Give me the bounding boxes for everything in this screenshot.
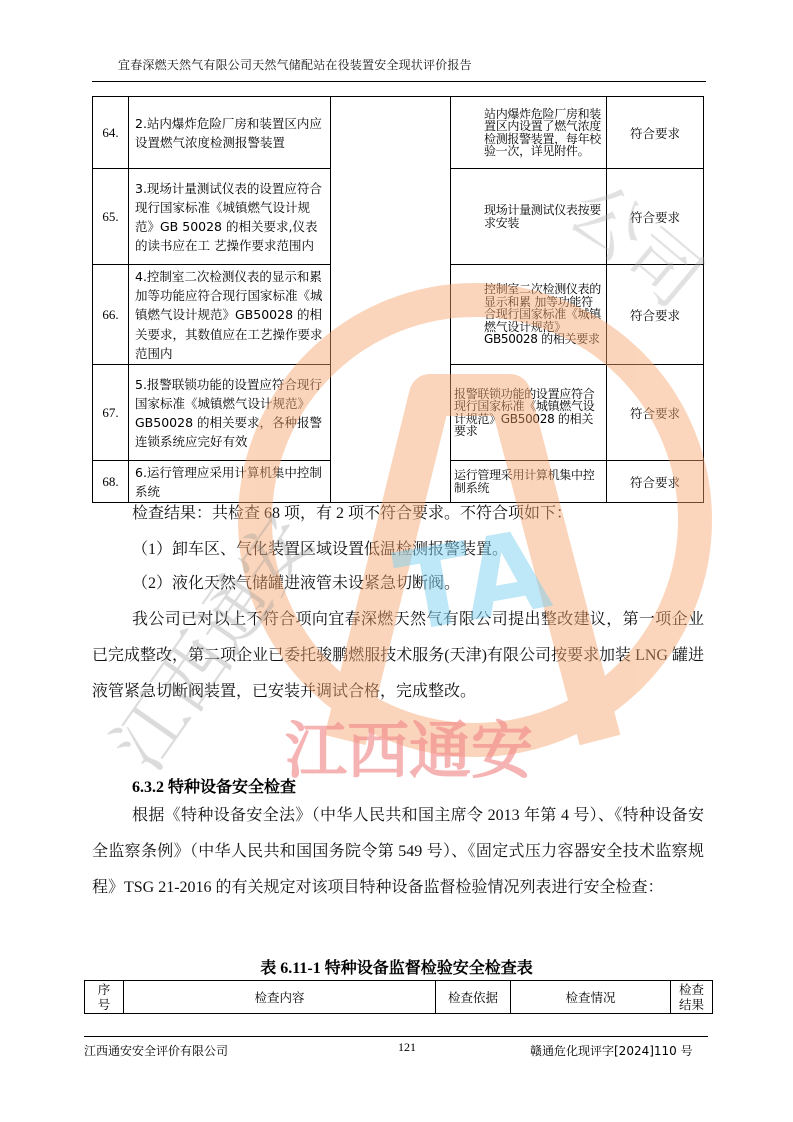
row-result: 符合要求 <box>607 265 704 365</box>
row-content: 3.现场计量测试仪表的设置应符合现行国家标准《城镇燃气设计规范》GB 50028… <box>129 169 331 265</box>
header-seq: 序号 <box>85 981 124 1014</box>
row-content: 4.控制室二次检测仪表的显示和累 加等功能应符合现行国家标准《城镇燃气设计规范》… <box>129 265 331 365</box>
row-content: 2.站内爆炸危险厂房和装置区内应设置燃气浓度检测报警装置 <box>129 97 331 169</box>
footer-divider <box>84 1036 708 1037</box>
document-header-title: 宜春深燃天然气有限公司天然气储配站在役装置安全现状评价报告 <box>118 56 472 73</box>
row-result: 符合要求 <box>607 169 704 265</box>
row-basis-merged <box>331 97 451 503</box>
nonconformity-item-2: （2）液化天然气储罐进液管未设紧急切断阀。 <box>132 566 704 602</box>
table-row: 64. 2.站内爆炸危险厂房和装置区内应设置燃气浓度检测报警装置 站内爆炸危险厂… <box>93 97 704 169</box>
header-result: 检查结果 <box>671 981 713 1014</box>
watermark-text: 江西通安 <box>285 714 533 787</box>
header-divider <box>92 81 706 82</box>
row-finding: 现场计量测试仪表按要求安装 <box>451 169 607 265</box>
nonconformity-item-1: （1）卸车区、气化装置区域设置低温检测报警装置。 <box>132 532 704 568</box>
table-header-row: 序号 检查内容 检查依据 检查情况 检查结果 <box>85 981 713 1014</box>
row-content: 5.报警联锁功能的设置应符合现行国家标准《城镇燃气设计规范》 GB50028 的… <box>129 365 331 461</box>
row-seq: 67. <box>93 365 129 461</box>
special-equipment-table: 序号 检查内容 检查依据 检查情况 检查结果 <box>84 980 713 1014</box>
result-summary: 检查结果：共检查 68 项，有 2 项不符合要求。不符合项如下： <box>132 496 704 532</box>
section-heading: 6.3.2 特种设备安全检查 <box>132 774 296 797</box>
row-result: 符合要求 <box>607 97 704 169</box>
inspection-table-continued: 64. 2.站内爆炸危险厂房和装置区内应设置燃气浓度检测报警装置 站内爆炸危险厂… <box>92 96 704 503</box>
footer-company: 江西通安安全评价有限公司 <box>84 1042 228 1059</box>
row-seq: 64. <box>93 97 129 169</box>
page-number: 121 <box>398 1040 416 1055</box>
row-seq: 66. <box>93 265 129 365</box>
row-seq: 68. <box>93 461 129 503</box>
row-seq: 65. <box>93 169 129 265</box>
finding-text: 现场计量测试仪表按要求安装 <box>454 204 603 229</box>
table-caption: 表 6.11-1 特种设备监督检验安全检查表 <box>0 955 793 978</box>
header-content: 检查内容 <box>124 981 436 1014</box>
finding-text: 控制室二次检测仪表的显示和累 加等功能符合现行国家标准《城镇燃气设计规范》GB5… <box>454 283 603 346</box>
row-finding: 站内爆炸危险厂房和装置区内设置了燃气浓度检测报警装置，每年校验一次，详见附件。 <box>451 97 607 169</box>
header-basis: 检查依据 <box>436 981 511 1014</box>
section-paragraph: 根据《特种设备安全法》（中华人民共和国主席令 2013 年第 4 号）、《特种设… <box>92 798 704 906</box>
header-finding: 检查情况 <box>511 981 671 1014</box>
row-finding: 报警联锁功能的设置应符合现行国家标准《城镇燃气设计规范》GB50028 的相关要… <box>451 365 607 461</box>
document-number: 赣通危化现评字[2024]110 号 <box>530 1042 693 1059</box>
row-finding: 控制室二次检测仪表的显示和累 加等功能符合现行国家标准《城镇燃气设计规范》GB5… <box>451 265 607 365</box>
finding-text: 站内爆炸危险厂房和装置区内设置了燃气浓度检测报警装置，每年校验一次，详见附件。 <box>454 108 603 158</box>
rectification-paragraph: 我公司已对以上不符合项向宜春深燃天然气有限公司提出整改建议，第一项企业已完成整改… <box>92 602 704 710</box>
row-result: 符合要求 <box>607 365 704 461</box>
